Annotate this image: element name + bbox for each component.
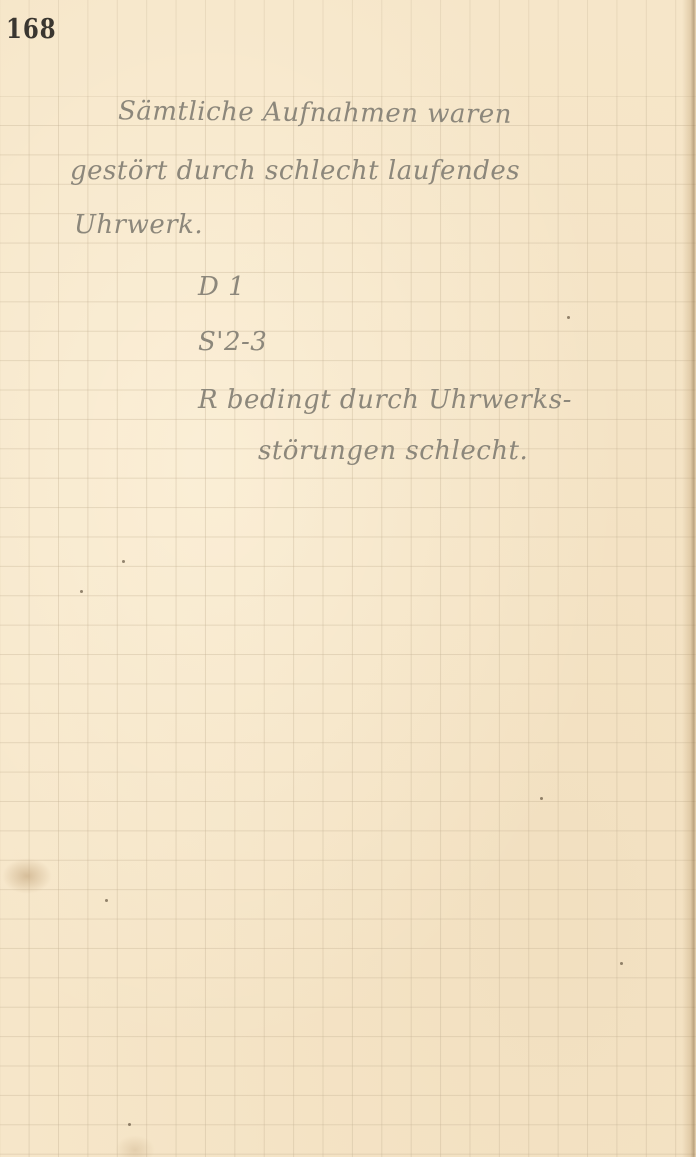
grid-header-margin (0, 0, 696, 96)
paper-speck (128, 1123, 131, 1126)
handwritten-line: gestört durch schlecht laufendes (70, 156, 520, 186)
graph-paper-grid (0, 96, 696, 1157)
paper-speck (122, 560, 125, 563)
paper-stain (2, 858, 52, 894)
entry-r: R bedingt durch Uhrwerks- (198, 385, 572, 415)
entry-s-prime: S'2-3 (198, 327, 267, 357)
paper-speck (105, 899, 108, 902)
entry-d: D 1 (198, 272, 245, 302)
paper-speck (540, 797, 543, 800)
notebook-page: 168 Sämtliche Aufnahmen waren gestört du… (0, 0, 696, 1157)
paper-speck (567, 316, 570, 319)
paper-speck (80, 590, 83, 593)
paper-stain (115, 1135, 155, 1157)
handwritten-line: Sämtliche Aufnahmen waren (118, 96, 512, 129)
entry-r-continuation: störungen schlecht. (258, 436, 528, 466)
page-number: 168 (6, 14, 56, 45)
paper-speck (620, 962, 623, 965)
page-edge-shadow (682, 0, 696, 1157)
handwritten-line: Uhrwerk. (74, 210, 203, 240)
